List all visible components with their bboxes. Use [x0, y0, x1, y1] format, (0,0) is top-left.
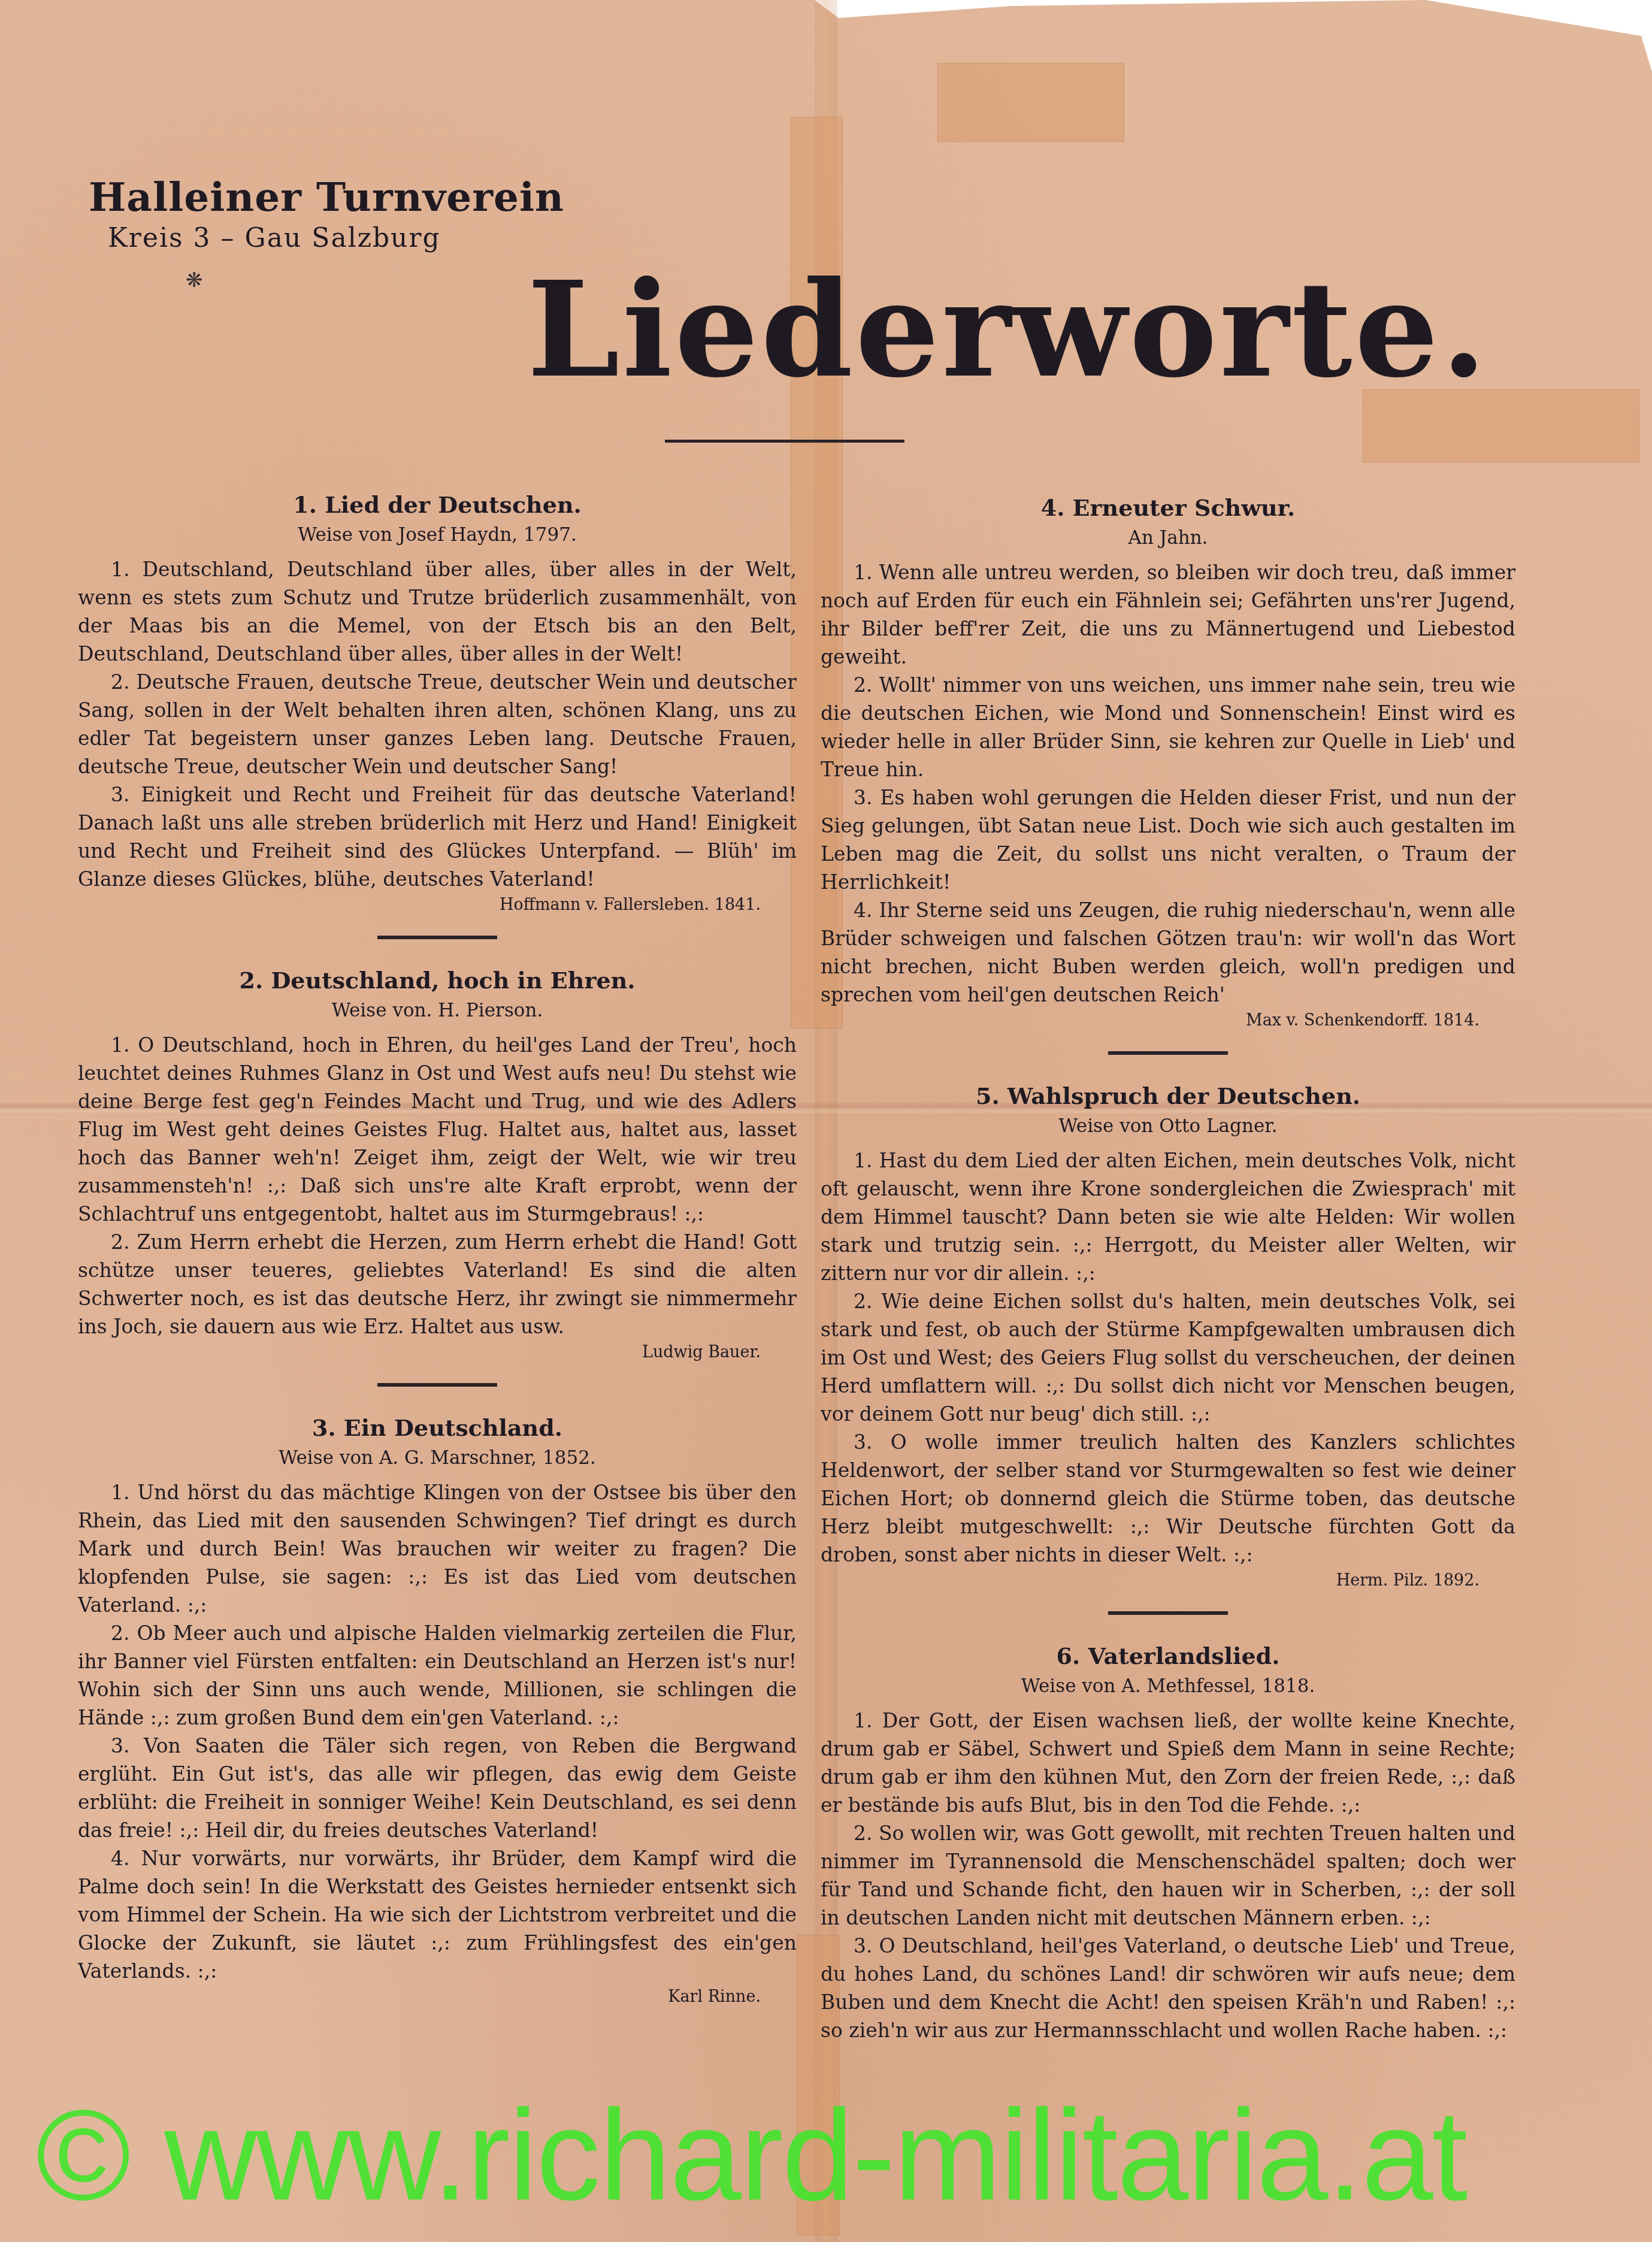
title-divider — [665, 440, 904, 443]
song-dedication: An Jahn. — [821, 527, 1515, 549]
song-title: 1. Lied der Deutschen. — [78, 491, 797, 518]
section-divider — [1108, 1051, 1228, 1055]
section-divider — [377, 1383, 497, 1387]
verse: 3. Von Saaten die Täler sich regen, von … — [78, 1732, 797, 1844]
verse: 3. Es haben wohl gerungen die Helden die… — [821, 783, 1515, 896]
verse: 4. Ihr Sterne seid uns Zeugen, die ruhig… — [821, 896, 1515, 1009]
song-title: 3. Ein Deutschland. — [78, 1414, 797, 1441]
song-author: Karl Rinne. — [78, 1987, 761, 2006]
right-column: 4. Erneuter Schwur. An Jahn. 1. Wenn all… — [821, 494, 1515, 2062]
verse: 3. O Deutschland, heil'ges Vaterland, o … — [821, 1932, 1515, 2044]
verse: 2. Wollt' nimmer von uns weichen, uns im… — [821, 671, 1515, 783]
verse: 4. Nur vorwärts, nur vorwärts, ihr Brüde… — [78, 1844, 797, 1985]
verse: 2. Deutsche Frauen, deutsche Treue, deut… — [78, 668, 797, 780]
song-author: Hoffmann v. Fallersleben. 1841. — [78, 895, 761, 914]
song-melody: Weise von Otto Lagner. — [821, 1115, 1515, 1137]
page-title: Liederworte. — [527, 264, 1489, 395]
song-author: Herm. Pilz. 1892. — [821, 1571, 1479, 1590]
ornament-icon: ❋ — [186, 268, 203, 292]
song-author: Ludwig Bauer. — [78, 1343, 761, 1361]
song-melody: Weise von Josef Haydn, 1797. — [78, 524, 797, 546]
song-3: 3. Ein Deutschland. Weise von A. G. Mars… — [78, 1414, 797, 2006]
verse: 2. Wie deine Eichen sollst du's halten, … — [821, 1287, 1515, 1428]
verse: 1. O Deutschland, hoch in Ehren, du heil… — [78, 1031, 797, 1228]
verse: 3. Einigkeit und Recht und Freiheit für … — [78, 780, 797, 893]
copyright-watermark: © www.richard-militaria.at — [36, 2090, 1466, 2219]
song-title: 2. Deutschland, hoch in Ehren. — [78, 967, 797, 994]
verse: 2. So wollen wir, was Gott gewollt, mit … — [821, 1819, 1515, 1932]
section-divider — [377, 936, 497, 939]
verse: 1. Hast du dem Lied der alten Eichen, me… — [821, 1146, 1515, 1287]
song-author: Max v. Schenkendorff. 1814. — [821, 1011, 1479, 1030]
verse: 3. O wolle immer treulich halten des Kan… — [821, 1428, 1515, 1569]
tape-strip-top — [937, 63, 1124, 142]
verse: 1. Deutschland, Deutschland über alles, … — [78, 555, 797, 668]
verse: 2. Ob Meer auch und alpische Halden viel… — [78, 1619, 797, 1732]
song-6: 6. Vaterlandslied. Weise von A. Methfess… — [821, 1642, 1515, 2044]
section-divider — [1108, 1611, 1228, 1615]
song-melody: Weise von A. Methfessel, 1818. — [821, 1675, 1515, 1697]
verse: 1. Und hörst du das mächtige Klingen von… — [78, 1478, 797, 1619]
song-melody: Weise von. H. Pierson. — [78, 1000, 797, 1021]
verse: 2. Zum Herrn erhebt die Herzen, zum Herr… — [78, 1228, 797, 1341]
song-title: 4. Erneuter Schwur. — [821, 494, 1515, 521]
song-title: 6. Vaterlandslied. — [821, 1642, 1515, 1669]
song-4: 4. Erneuter Schwur. An Jahn. 1. Wenn all… — [821, 494, 1515, 1030]
song-melody: Weise von A. G. Marschner, 1852. — [78, 1447, 797, 1469]
song-1: 1. Lied der Deutschen. Weise von Josef H… — [78, 491, 797, 914]
verse: 1. Der Gott, der Eisen wachsen ließ, der… — [821, 1707, 1515, 1819]
organization-subtitle: Kreis 3 – Gau Salzburg — [108, 223, 441, 253]
left-column: 1. Lied der Deutschen. Weise von Josef H… — [78, 491, 797, 2024]
song-5: 5. Wahlspruch der Deutschen. Weise von O… — [821, 1082, 1515, 1590]
song-title: 5. Wahlspruch der Deutschen. — [821, 1082, 1515, 1109]
song-2: 2. Deutschland, hoch in Ehren. Weise von… — [78, 967, 797, 1361]
organization-name: Halleiner Turnverein — [89, 174, 564, 220]
verse: 1. Wenn alle untreu werden, so bleiben w… — [821, 558, 1515, 671]
